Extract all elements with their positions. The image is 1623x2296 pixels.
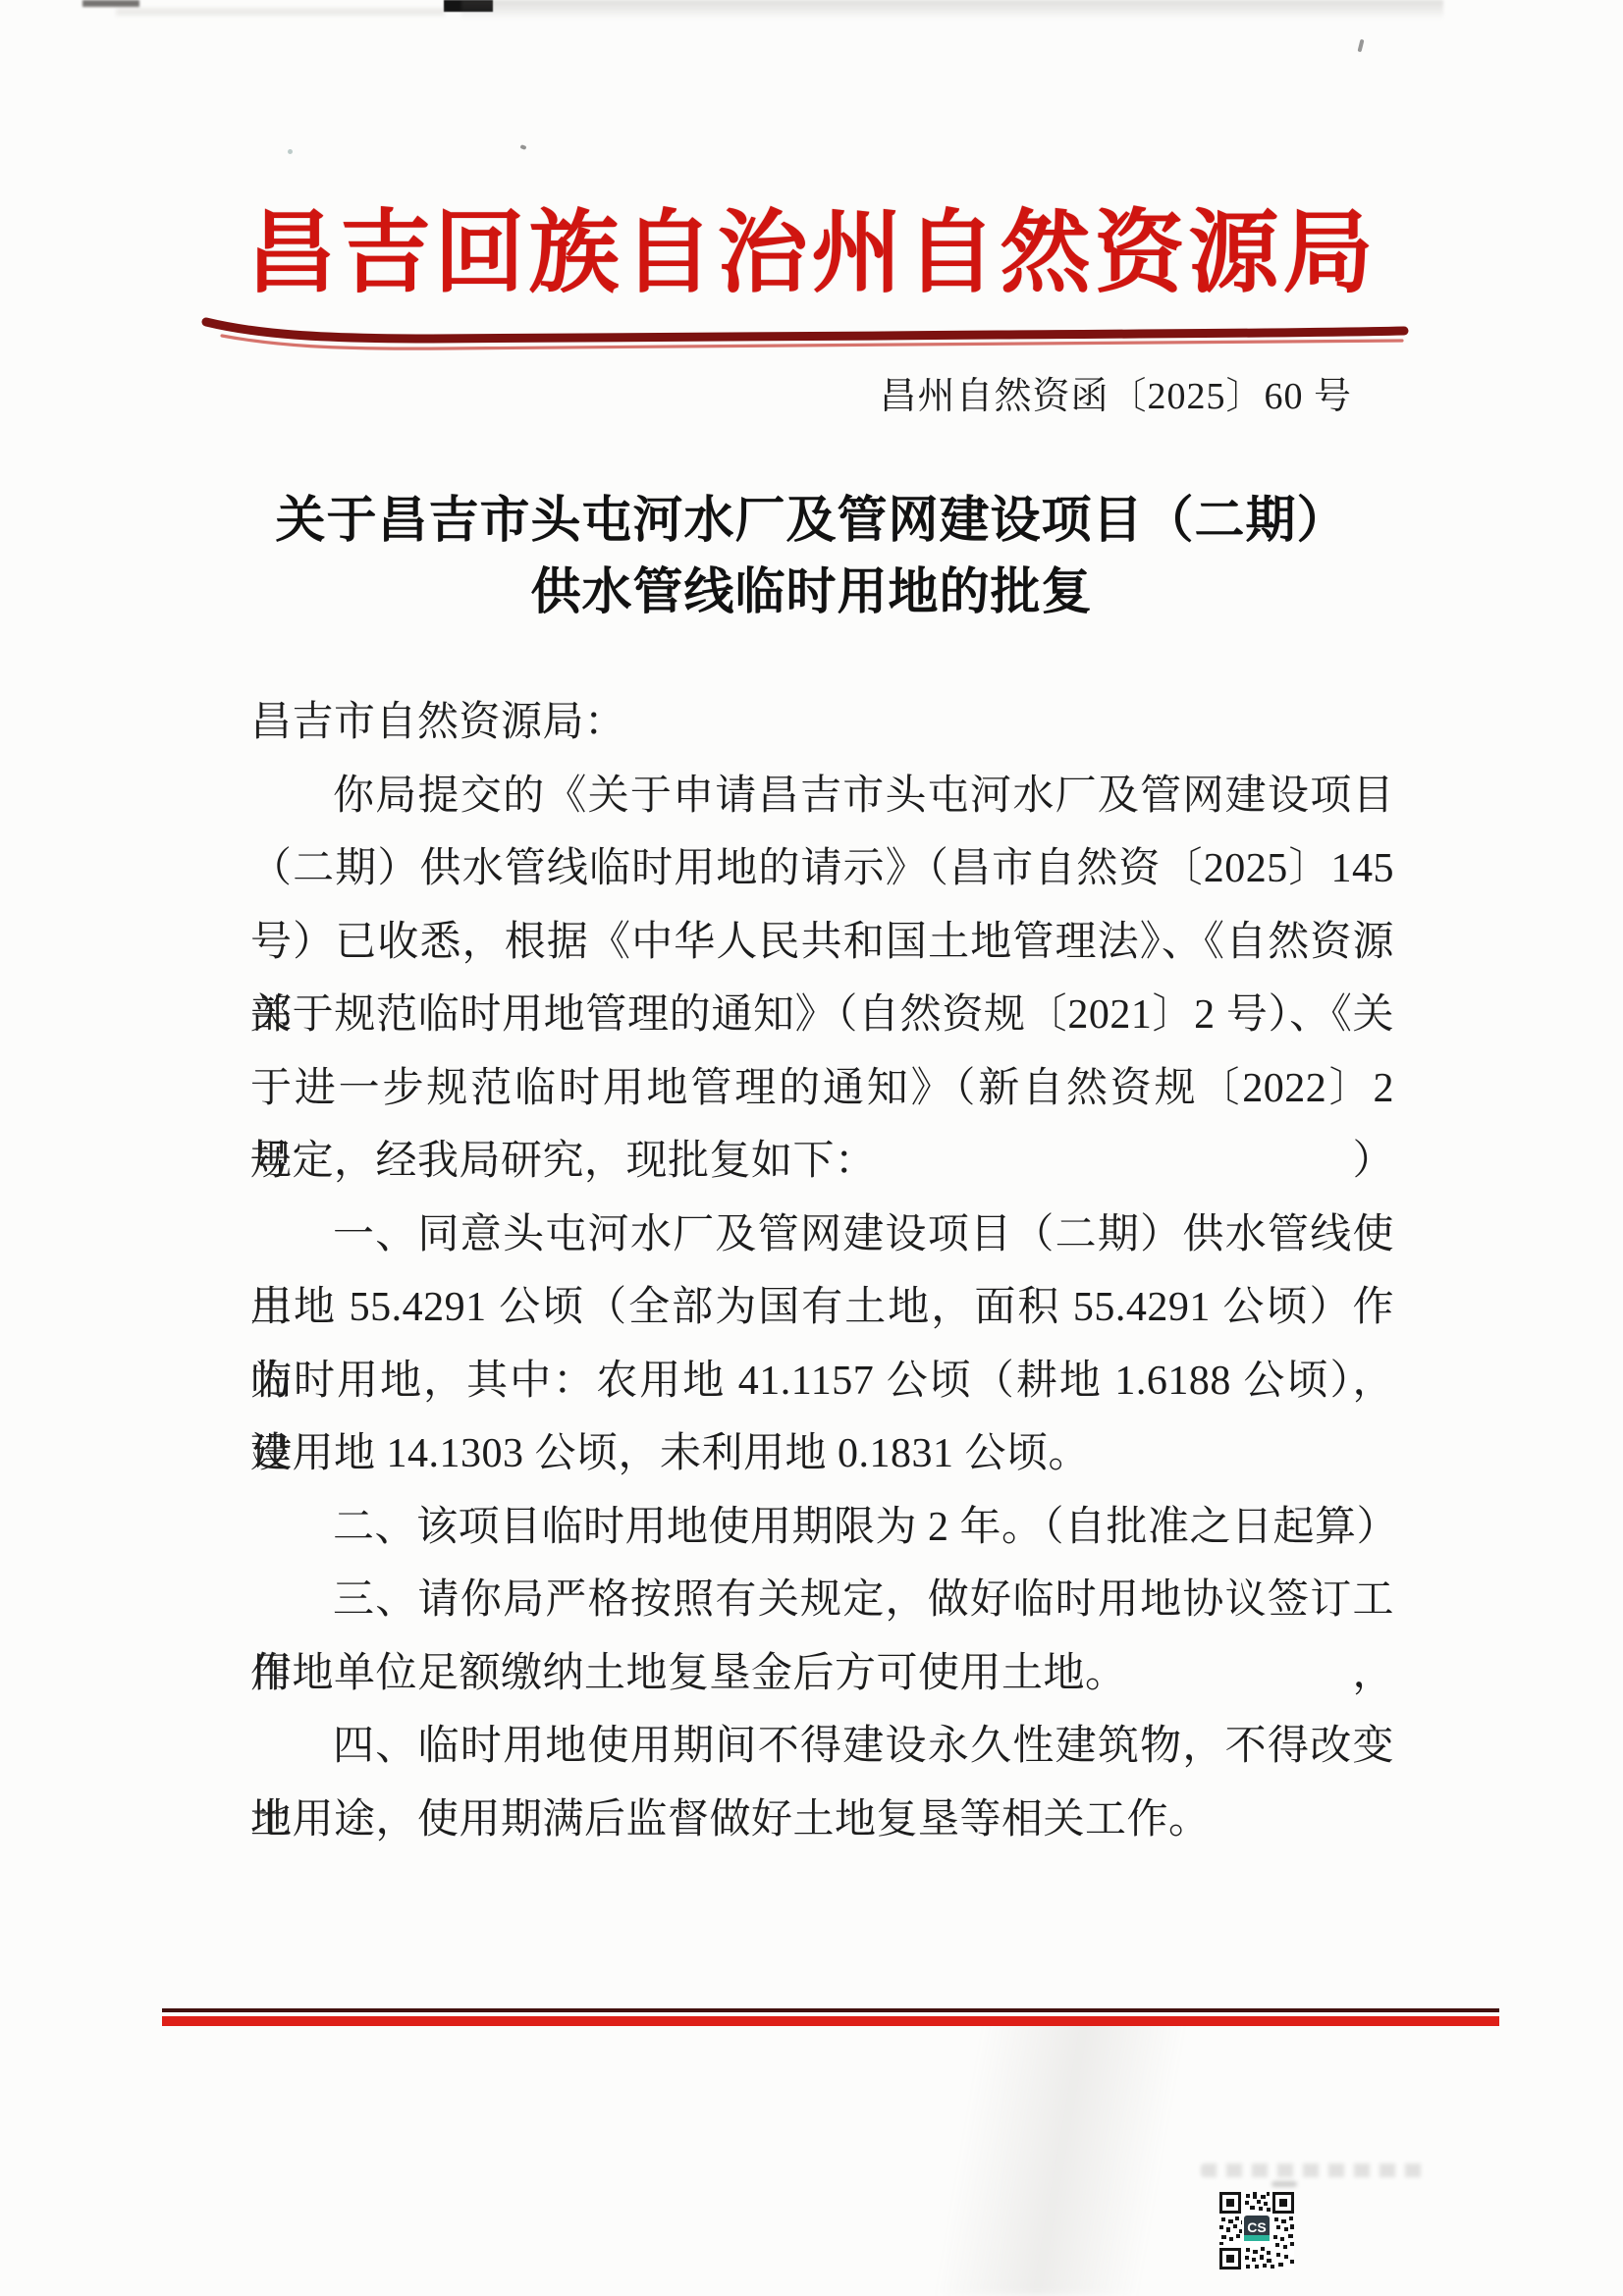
document-title-line-2: 供水管线临时用地的批复 — [0, 558, 1623, 629]
body-line: 土地 55.4291 公顷（全部为国有土地，面积 55.4291 公顷）作为 — [250, 1271, 1394, 1345]
scan-speck — [288, 149, 293, 154]
body-line: 地用途，使用期满后监督做好土地复垦等相关工作。 — [250, 1784, 1394, 1857]
body-line: 二、该项目临时用地使用期限为 2 年。（自批准之日起算） — [250, 1491, 1394, 1565]
body-line: 四、临时用地使用期间不得建设永久性建筑物，不得改变土 — [250, 1710, 1394, 1784]
agency-letterhead-title: 昌吉回族自治州自然资源局 — [0, 208, 1623, 298]
scan-speck — [1357, 39, 1364, 53]
body-line: 关于规范临时用地管理的通知》（自然资规〔2021〕2 号）、《关 — [250, 979, 1394, 1052]
body-line: 于进一步规范临时用地管理的通知》（新自然资规〔2022〕2 号） — [250, 1052, 1394, 1126]
qr-cs-badge: CS — [1242, 2214, 1271, 2243]
letterhead-rule — [0, 312, 1623, 357]
salutation-line: 昌吉市自然资源局： — [250, 686, 1394, 760]
footer-rule-thin — [162, 2008, 1499, 2012]
faint-watermark-text — [1271, 2181, 1297, 2187]
faint-watermark-text — [1201, 2163, 1431, 2177]
scan-speck — [519, 144, 526, 150]
qr-code: CS — [1219, 2192, 1294, 2269]
scanned-document-page: 昌吉回族自治州自然资源局 昌州自然资函〔2025〕60 号 关于昌吉市头屯河水厂… — [0, 0, 1623, 2296]
document-title: 关于昌吉市头屯河水厂及管网建设项目（二期） 供水管线临时用地的批复 — [0, 486, 1623, 629]
document-title-line-1: 关于昌吉市头屯河水厂及管网建设项目（二期） — [0, 486, 1623, 558]
body-line: 临时用地，其中：农用地 41.1157 公顷（耕地 1.6188 公顷），建 — [250, 1345, 1394, 1418]
qr-badge-label: CS — [1247, 2219, 1266, 2235]
body-line: 号）已收悉，根据《中华人民共和国土地管理法》、《自然资源部 — [250, 906, 1394, 980]
document-body: 昌吉市自然资源局： 你局提交的《关于申请昌吉市头屯河水厂及管网建设项目 （二期）… — [250, 686, 1394, 1856]
body-line: 设用地 14.1303 公顷，未利用地 0.1831 公顷。 — [250, 1417, 1394, 1491]
body-line: 你局提交的《关于申请昌吉市头屯河水厂及管网建设项目 — [250, 760, 1394, 833]
body-line: 一、同意头屯河水厂及管网建设项目（二期）供水管线使用 — [250, 1199, 1394, 1272]
scan-artifact-top-band — [461, 0, 1443, 20]
scan-artifact-top-black-mark — [444, 0, 493, 12]
scan-artifact-fold-shadow — [913, 2022, 1208, 2296]
scan-artifact-top-left — [82, 0, 139, 7]
document-reference-number: 昌州自然资函〔2025〕60 号 — [0, 365, 1352, 419]
body-line: （二期）供水管线临时用地的请示》（昌市自然资〔2025〕145 — [250, 832, 1394, 906]
body-line: 三、请你局严格按照有关规定，做好临时用地协议签订工作， — [250, 1564, 1394, 1637]
footer-rule-thick — [162, 2016, 1499, 2026]
scan-artifact-top-streak — [116, 8, 445, 16]
